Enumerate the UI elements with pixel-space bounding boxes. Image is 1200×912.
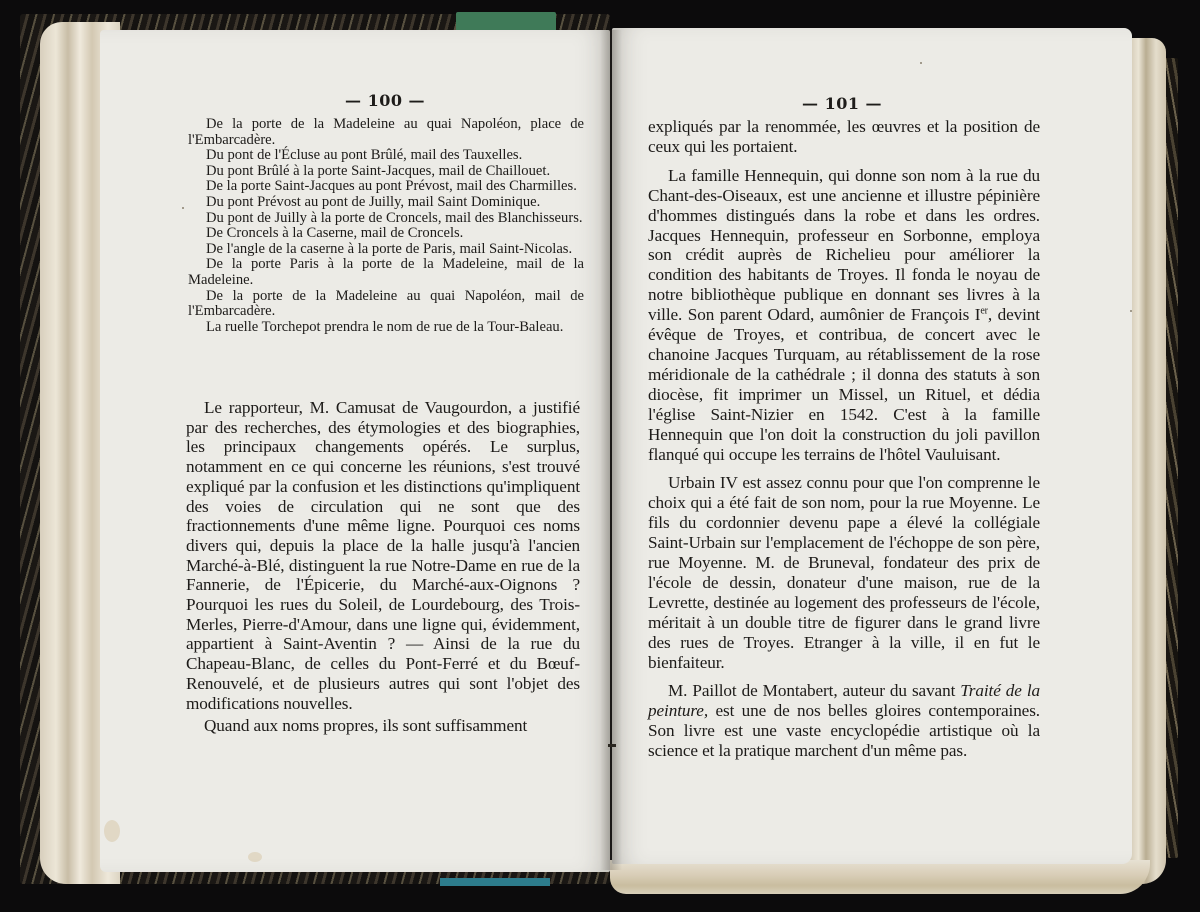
left-page-body: Le rapporteur, M. Camusat de Vaugourdon,… (186, 398, 580, 739)
superscript: er (980, 305, 988, 316)
list-item: Du pont Prévost au pont de Juilly, mail … (188, 195, 584, 211)
list-item: Du pont de Juilly à la porte de Croncels… (188, 211, 584, 227)
paragraph-hennequin: La famille Hennequin, qui donne son nom … (648, 166, 1040, 465)
paragraph-paillot: M. Paillot de Montabert, auteur du savan… (648, 681, 1040, 761)
list-item: De l'angle de la caserne à la porte de P… (188, 242, 584, 258)
list-item: De la porte Saint-Jacques au pont Prévos… (188, 179, 584, 195)
bottom-page-edges (610, 860, 1150, 894)
paper-speck (1130, 310, 1132, 312)
right-page-body: expliqués par la renommée, les œuvres et… (648, 117, 1040, 770)
list-item: La ruelle Torchepot prendra le nom de ru… (188, 320, 584, 336)
text-run: , devint évêque de Troyes, et contribua,… (648, 305, 1040, 463)
paper-stain (248, 852, 262, 862)
list-item: Du pont Brûlé à la porte Saint-Jacques, … (188, 164, 584, 180)
street-renaming-list: De la porte de la Madeleine au quai Napo… (188, 117, 584, 335)
text-run: La famille Hennequin, qui donne son nom … (648, 166, 1040, 324)
text-run: M. Paillot de Montabert, auteur du savan… (668, 681, 960, 700)
paragraph-urbain: Urbain IV est assez connu pour que l'on … (648, 473, 1040, 672)
bookmark-ribbon (440, 878, 550, 886)
paragraph-continuation: expliqués par la renommée, les œuvres et… (648, 117, 1040, 157)
paragraph-noms-propres: Quand aux noms propres, ils sont suffisa… (186, 716, 580, 736)
list-item: De Croncels à la Caserne, mail de Cronce… (188, 226, 584, 242)
paragraph-rapporteur: Le rapporteur, M. Camusat de Vaugourdon,… (186, 398, 580, 713)
page-number-left: — 100 — (345, 91, 425, 110)
paper-speck (182, 207, 184, 209)
list-item: De la porte de la Madeleine au quai Napo… (188, 289, 584, 320)
list-item: De la porte Paris à la porte de la Madel… (188, 257, 584, 288)
paper-speck (920, 62, 922, 64)
gutter-mark (608, 744, 616, 747)
paper-stain (104, 820, 120, 842)
list-item: Du pont de l'Écluse au pont Brûlé, mail … (188, 148, 584, 164)
list-item: De la porte de la Madeleine au quai Napo… (188, 117, 584, 148)
page-number-right: — 101 — (802, 94, 882, 113)
